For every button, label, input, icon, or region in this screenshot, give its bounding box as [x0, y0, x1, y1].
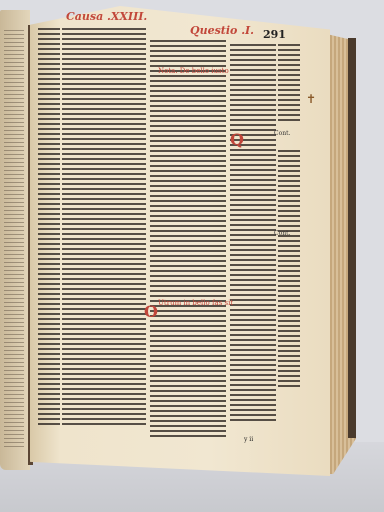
bookmark-tab-icon: ✝	[306, 92, 320, 102]
text-column-2	[150, 40, 226, 440]
running-head-left: Causa .XXIII.	[66, 10, 147, 23]
initial-letter-o: O	[144, 302, 158, 321]
gloss-column-right-2	[278, 150, 300, 390]
running-head-right: Questio .I.	[190, 24, 254, 37]
text-column-3	[230, 44, 276, 424]
folio-number: 291	[263, 28, 286, 41]
gloss-column-right-1	[278, 44, 300, 124]
initial-letter-q: Q	[230, 130, 244, 149]
signature-mark: y ii	[244, 436, 253, 443]
gloss-column-left	[38, 28, 60, 428]
side-note-2: Cont.	[274, 230, 290, 237]
binding-edge	[348, 38, 356, 438]
rubric-heading-1: Nota. De bello iusto	[158, 68, 229, 75]
left-page-edge	[0, 10, 30, 470]
text-column-1	[62, 28, 146, 428]
rubric-heading-2: Utrum in bello fas sit	[158, 300, 233, 307]
side-note-1: Cont.	[274, 130, 290, 137]
left-page-text	[4, 30, 24, 450]
